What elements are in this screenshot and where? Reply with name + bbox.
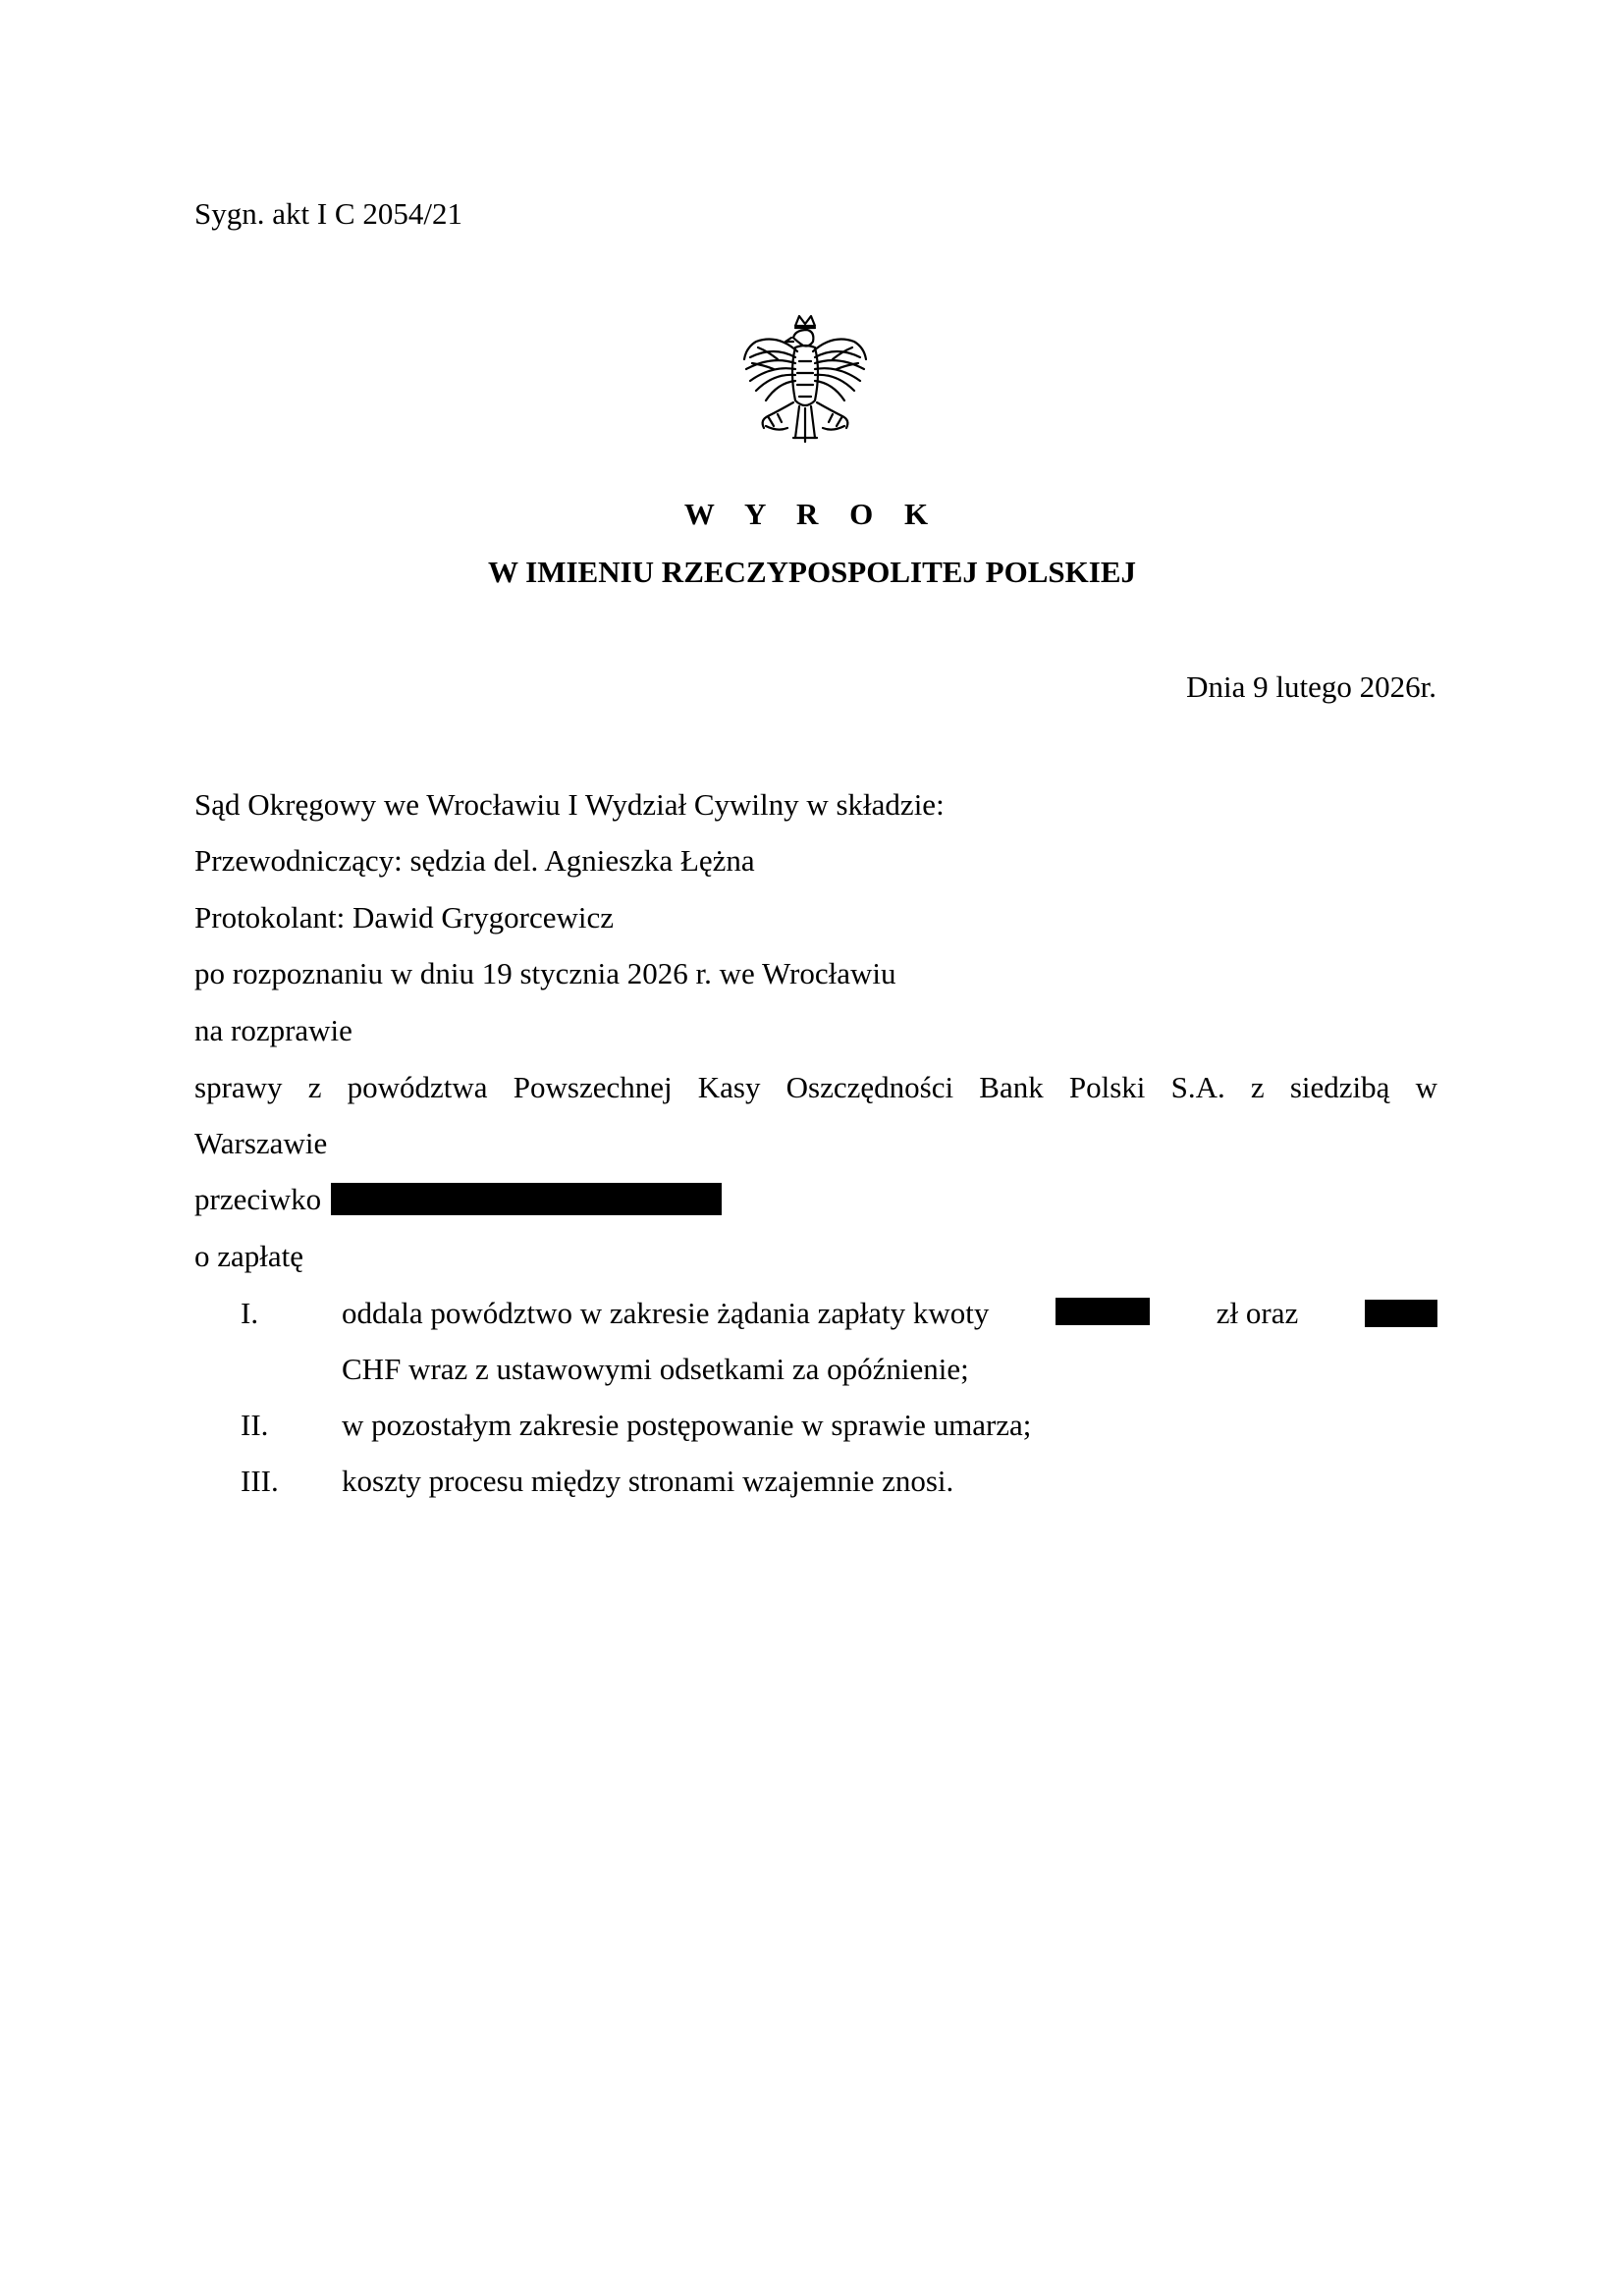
case-parties-line: sprawy z powództwa Powszechnej Kasy Oszc… bbox=[194, 1068, 1437, 1107]
hearing-type: na rozprawie bbox=[194, 1011, 352, 1050]
ruling-item: w pozostałym zakresie postępowanie w spr… bbox=[342, 1406, 1031, 1445]
ruling-number: I. bbox=[241, 1294, 258, 1333]
presiding-judge: Przewodniczący: sędzia del. Agnieszka Łę… bbox=[194, 841, 755, 881]
document-subtitle: W IMIENIU RZECZYPOSPOLITEJ POLSKIEJ bbox=[0, 553, 1624, 592]
ruling-item: oddala powództwo w zakresie żądania zapł… bbox=[342, 1294, 1437, 1333]
court-composition: Sąd Okręgowy we Wrocławiu I Wydział Cywi… bbox=[194, 785, 945, 825]
ruling-text-currency: zł oraz bbox=[1217, 1294, 1298, 1333]
redacted-defendant-name bbox=[331, 1183, 722, 1215]
case-signature: Sygn. akt I C 2054/21 bbox=[194, 194, 462, 234]
case-subject: o zapłatę bbox=[194, 1237, 303, 1276]
ruling-number: III. bbox=[241, 1462, 279, 1501]
ruling-text-continued: CHF wraz z ustawowymi odsetkami za opóźn… bbox=[342, 1350, 969, 1389]
against-label: przeciwko bbox=[194, 1182, 321, 1216]
redacted-amount-pln bbox=[1056, 1298, 1150, 1325]
ruling-number: II. bbox=[241, 1406, 268, 1445]
redacted-amount-chf bbox=[1365, 1300, 1437, 1327]
document-page: Sygn. akt I C 2054/21 bbox=[0, 0, 1624, 2296]
defendant-line: przeciwko bbox=[194, 1180, 722, 1219]
document-title: W Y R O K bbox=[0, 495, 1624, 534]
hearing-date: po rozpoznaniu w dniu 19 stycznia 2026 r… bbox=[194, 954, 895, 993]
ruling-text: oddala powództwo w zakresie żądania zapł… bbox=[342, 1294, 989, 1333]
judgment-date: Dnia 9 lutego 2026r. bbox=[1186, 667, 1436, 707]
case-parties-continued: Warszawie bbox=[194, 1124, 327, 1163]
court-clerk: Protokolant: Dawid Grygorcewicz bbox=[194, 898, 614, 937]
polish-eagle-emblem-icon bbox=[738, 312, 872, 454]
ruling-item: koszty procesu między stronami wzajemnie… bbox=[342, 1462, 953, 1501]
